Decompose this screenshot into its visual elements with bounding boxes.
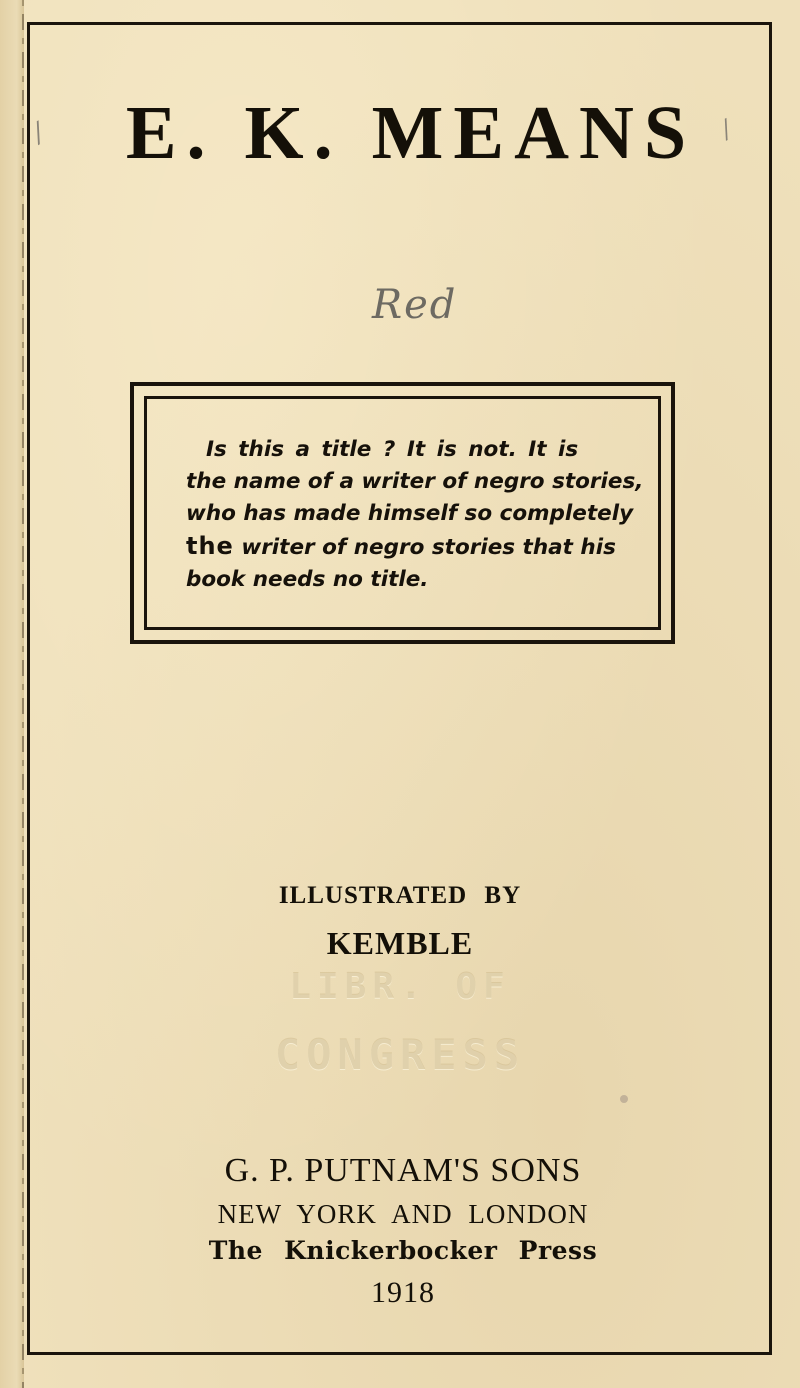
blurb-line-4-text: writer of negro stories that his bbox=[241, 535, 616, 560]
blurb-line-3: who has made himself so completely bbox=[186, 498, 626, 530]
publisher-name: G. P. PUTNAM'S SONS bbox=[0, 1152, 800, 1190]
blurb-text: Is this a title ? It is not. It is the n… bbox=[186, 434, 626, 596]
blurb-line-2: the name of a writer of negro stories, bbox=[186, 466, 626, 498]
blurb-line-4: the writer of negro stories that his bbox=[186, 530, 626, 564]
publication-year: 1918 bbox=[0, 1276, 800, 1310]
perforated-stamp-line-2: CONGRESS bbox=[0, 1030, 800, 1079]
paper-speck bbox=[620, 1095, 628, 1103]
blurb-line-1: Is this a title ? It is not. It is bbox=[186, 434, 626, 466]
press-name: The Knickerbocker Press bbox=[0, 1236, 800, 1265]
publisher-cities: NEW YORK AND LONDON bbox=[0, 1199, 800, 1230]
author-name: E. K. MEANS bbox=[0, 95, 800, 171]
perforated-stamp-line-1: LIBR. OF bbox=[0, 966, 800, 1007]
illustrated-by-label: ILLUSTRATED BY bbox=[0, 882, 800, 910]
blurb-emphasis: the bbox=[186, 532, 234, 560]
blurb-line-5: book needs no title. bbox=[186, 564, 626, 596]
illustrator-name: KEMBLE bbox=[0, 925, 800, 962]
handwritten-signature: Red bbox=[372, 282, 457, 328]
